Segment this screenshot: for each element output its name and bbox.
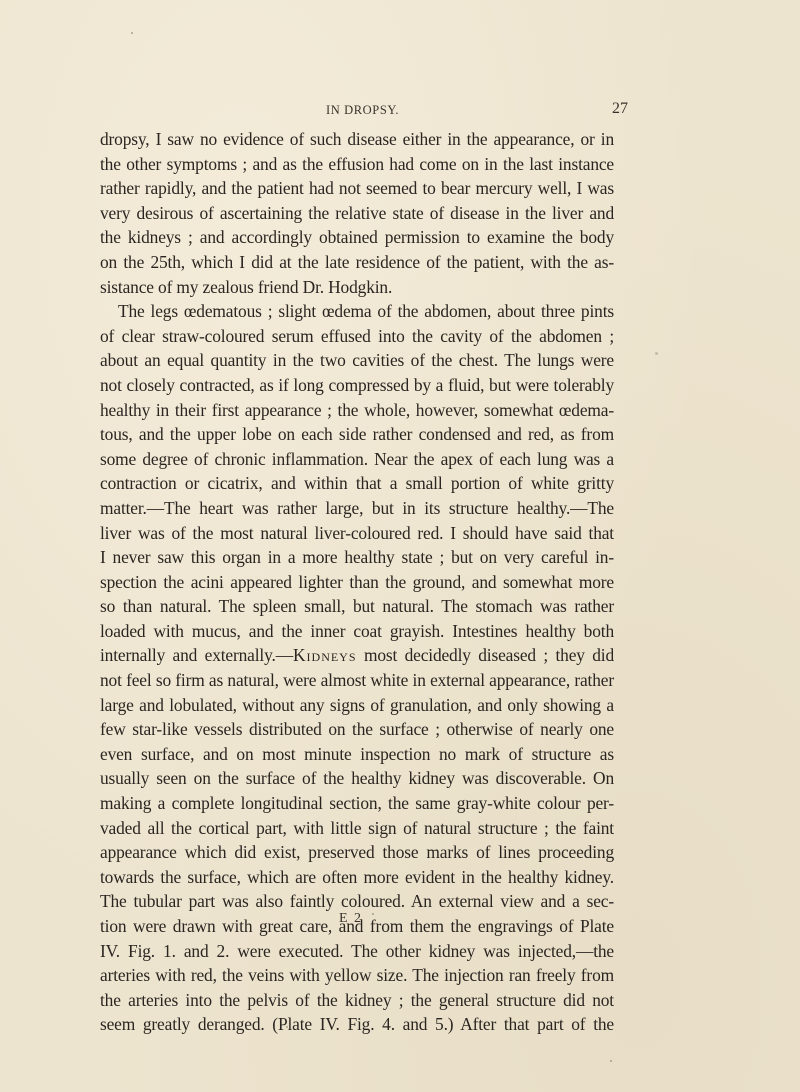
- text-line: the kidneys ; and accordingly obtained p…: [100, 225, 614, 250]
- paper-speck: [610, 1060, 612, 1062]
- text-line: internally and externally.—Kidneys most …: [100, 643, 614, 668]
- text-line: usually seen on the surface of the healt…: [100, 766, 614, 791]
- text-line: sistance of my zealous friend Dr. Hodgki…: [100, 275, 614, 300]
- text-fragment: most decidedly diseased ; they did: [357, 645, 614, 665]
- text-line: about an equal quantity in the two cavit…: [100, 348, 614, 373]
- paper-speck: [286, 1026, 288, 1028]
- page-number: 27: [612, 100, 628, 118]
- text-line: The legs œdematous ; slight œdema of the…: [100, 299, 614, 324]
- running-head: IN DROPSY. 27: [0, 100, 800, 122]
- text-line: rather rapidly, and the patient had not …: [100, 176, 614, 201]
- text-line: large and lobulated, without any signs o…: [100, 693, 614, 718]
- text-line: matter.—The heart was rather large, but …: [100, 496, 614, 521]
- text-line: very desirous of ascertaining the relati…: [100, 201, 614, 226]
- text-line: I never saw this organ in a more healthy…: [100, 545, 614, 570]
- text-line: few star-like vessels distributed on the…: [100, 717, 614, 742]
- text-line: loaded with mucus, and the inner coat gr…: [100, 619, 614, 644]
- text-line: towards the surface, which are often mor…: [100, 865, 614, 890]
- smallcaps-term: Kidneys: [293, 645, 357, 665]
- text-line: appearance which did exist, preserved th…: [100, 840, 614, 865]
- text-line: tous, and the upper lobe on each side ra…: [100, 422, 614, 447]
- text-line: liver was of the most natural liver-colo…: [100, 521, 614, 546]
- text-line: the arteries into the pelvis of the kidn…: [100, 988, 614, 1013]
- text-line: IV. Fig. 1. and 2. were executed. The ot…: [100, 939, 614, 964]
- text-line: contraction or cicatrix, and within that…: [100, 471, 614, 496]
- text-line: spection the acini appeared lighter than…: [100, 570, 614, 595]
- text-line: arteries with red, the veins with yellow…: [100, 963, 614, 988]
- running-title: IN DROPSY.: [326, 103, 399, 118]
- body-text: dropsy, I saw no evidence of such diseas…: [100, 127, 614, 1037]
- text-line: healthy in their first appearance ; the …: [100, 398, 614, 423]
- text-line: seem greatly deranged. (Plate IV. Fig. 4…: [100, 1012, 614, 1037]
- text-line: of clear straw-coloured serum effused in…: [100, 324, 614, 349]
- text-line: even surface, and on most minute inspect…: [100, 742, 614, 767]
- text-line: dropsy, I saw no evidence of such diseas…: [100, 127, 614, 152]
- signature-mark: E 2: [339, 911, 363, 927]
- text-line: not feel so firm as natural, were almost…: [100, 668, 614, 693]
- paper-speck: [131, 32, 133, 34]
- book-page: IN DROPSY. 27 dropsy, I saw no evidence …: [0, 0, 800, 1092]
- paper-speck: [372, 913, 374, 915]
- text-line: not closely contracted, as if long compr…: [100, 373, 614, 398]
- text-line: making a complete longitudinal section, …: [100, 791, 614, 816]
- text-line: the other symptoms ; and as the effusion…: [100, 152, 614, 177]
- text-line: some degree of chronic inflammation. Nea…: [100, 447, 614, 472]
- text-fragment: internally and externally.—: [100, 645, 293, 665]
- text-line: so than natural. The spleen small, but n…: [100, 594, 614, 619]
- paper-speck: [655, 352, 658, 355]
- text-line: on the 25th, which I did at the late res…: [100, 250, 614, 275]
- text-line: vaded all the cortical part, with little…: [100, 816, 614, 841]
